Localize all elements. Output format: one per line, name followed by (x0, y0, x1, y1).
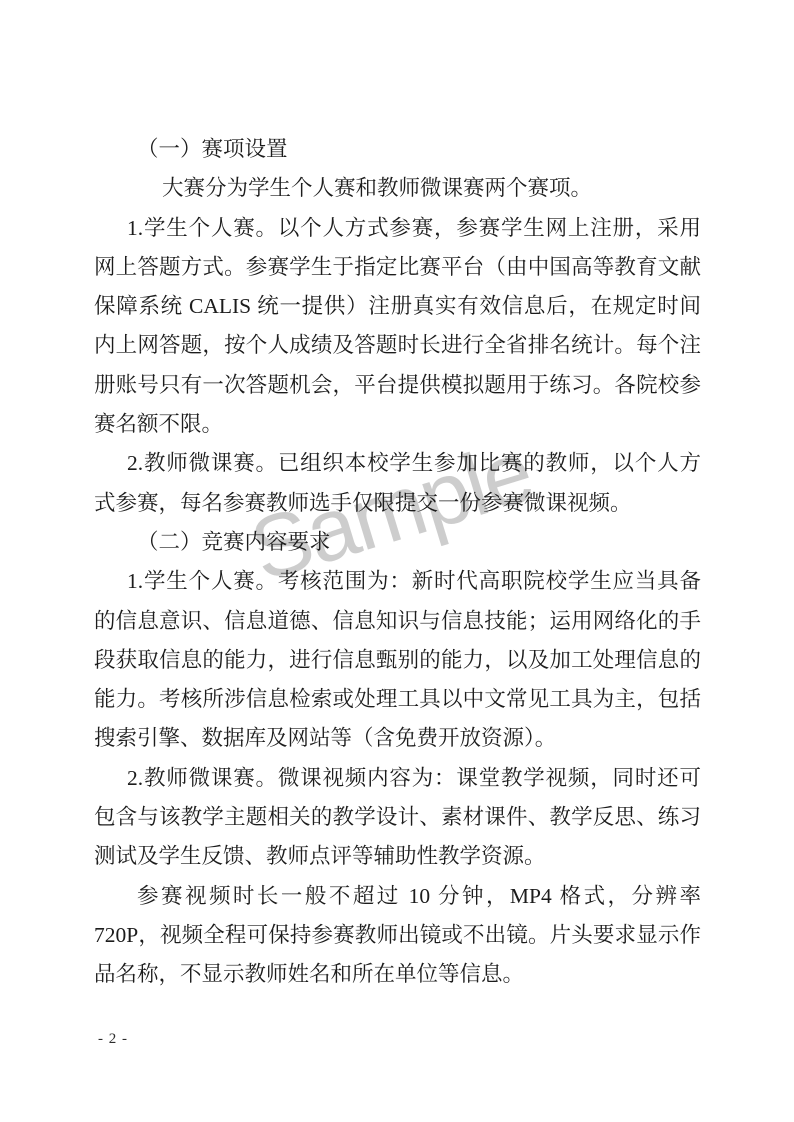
paragraph-teacher-video-content: 2.教师微课赛。微课视频内容为：课堂教学视频，同时还可包含与该教学主题相关的教学… (94, 759, 701, 877)
paragraph-student-scope: 1.学生个人赛。考核范围为：新时代高职院校学生应当具备的信息意识、信息道德、信息… (94, 562, 701, 758)
document-page: Sample （一）赛项设置 大赛分为学生个人赛和教师微课赛两个赛项。 1.学生… (0, 0, 794, 1122)
document-body: （一）赛项设置 大赛分为学生个人赛和教师微课赛两个赛项。 1.学生个人赛。以个人… (94, 130, 701, 995)
paragraph-overview: 大赛分为学生个人赛和教师微课赛两个赛项。 (94, 169, 701, 208)
section-heading-1: （一）赛项设置 (94, 130, 701, 169)
paragraph-teacher-contest: 2.教师微课赛。已组织本校学生参加比赛的教师，以个人方式参赛，每名参赛教师选手仅… (94, 444, 701, 523)
page-number: - 2 - (98, 1031, 128, 1048)
paragraph-student-contest: 1.学生个人赛。以个人方式参赛，参赛学生网上注册，采用网上答题方式。参赛学生于指… (94, 209, 701, 445)
section-heading-2: （二）竞赛内容要求 (94, 523, 701, 562)
paragraph-video-requirements: 参赛视频时长一般不超过 10 分钟，MP4 格式，分辨率 720P，视频全程可保… (94, 877, 701, 995)
